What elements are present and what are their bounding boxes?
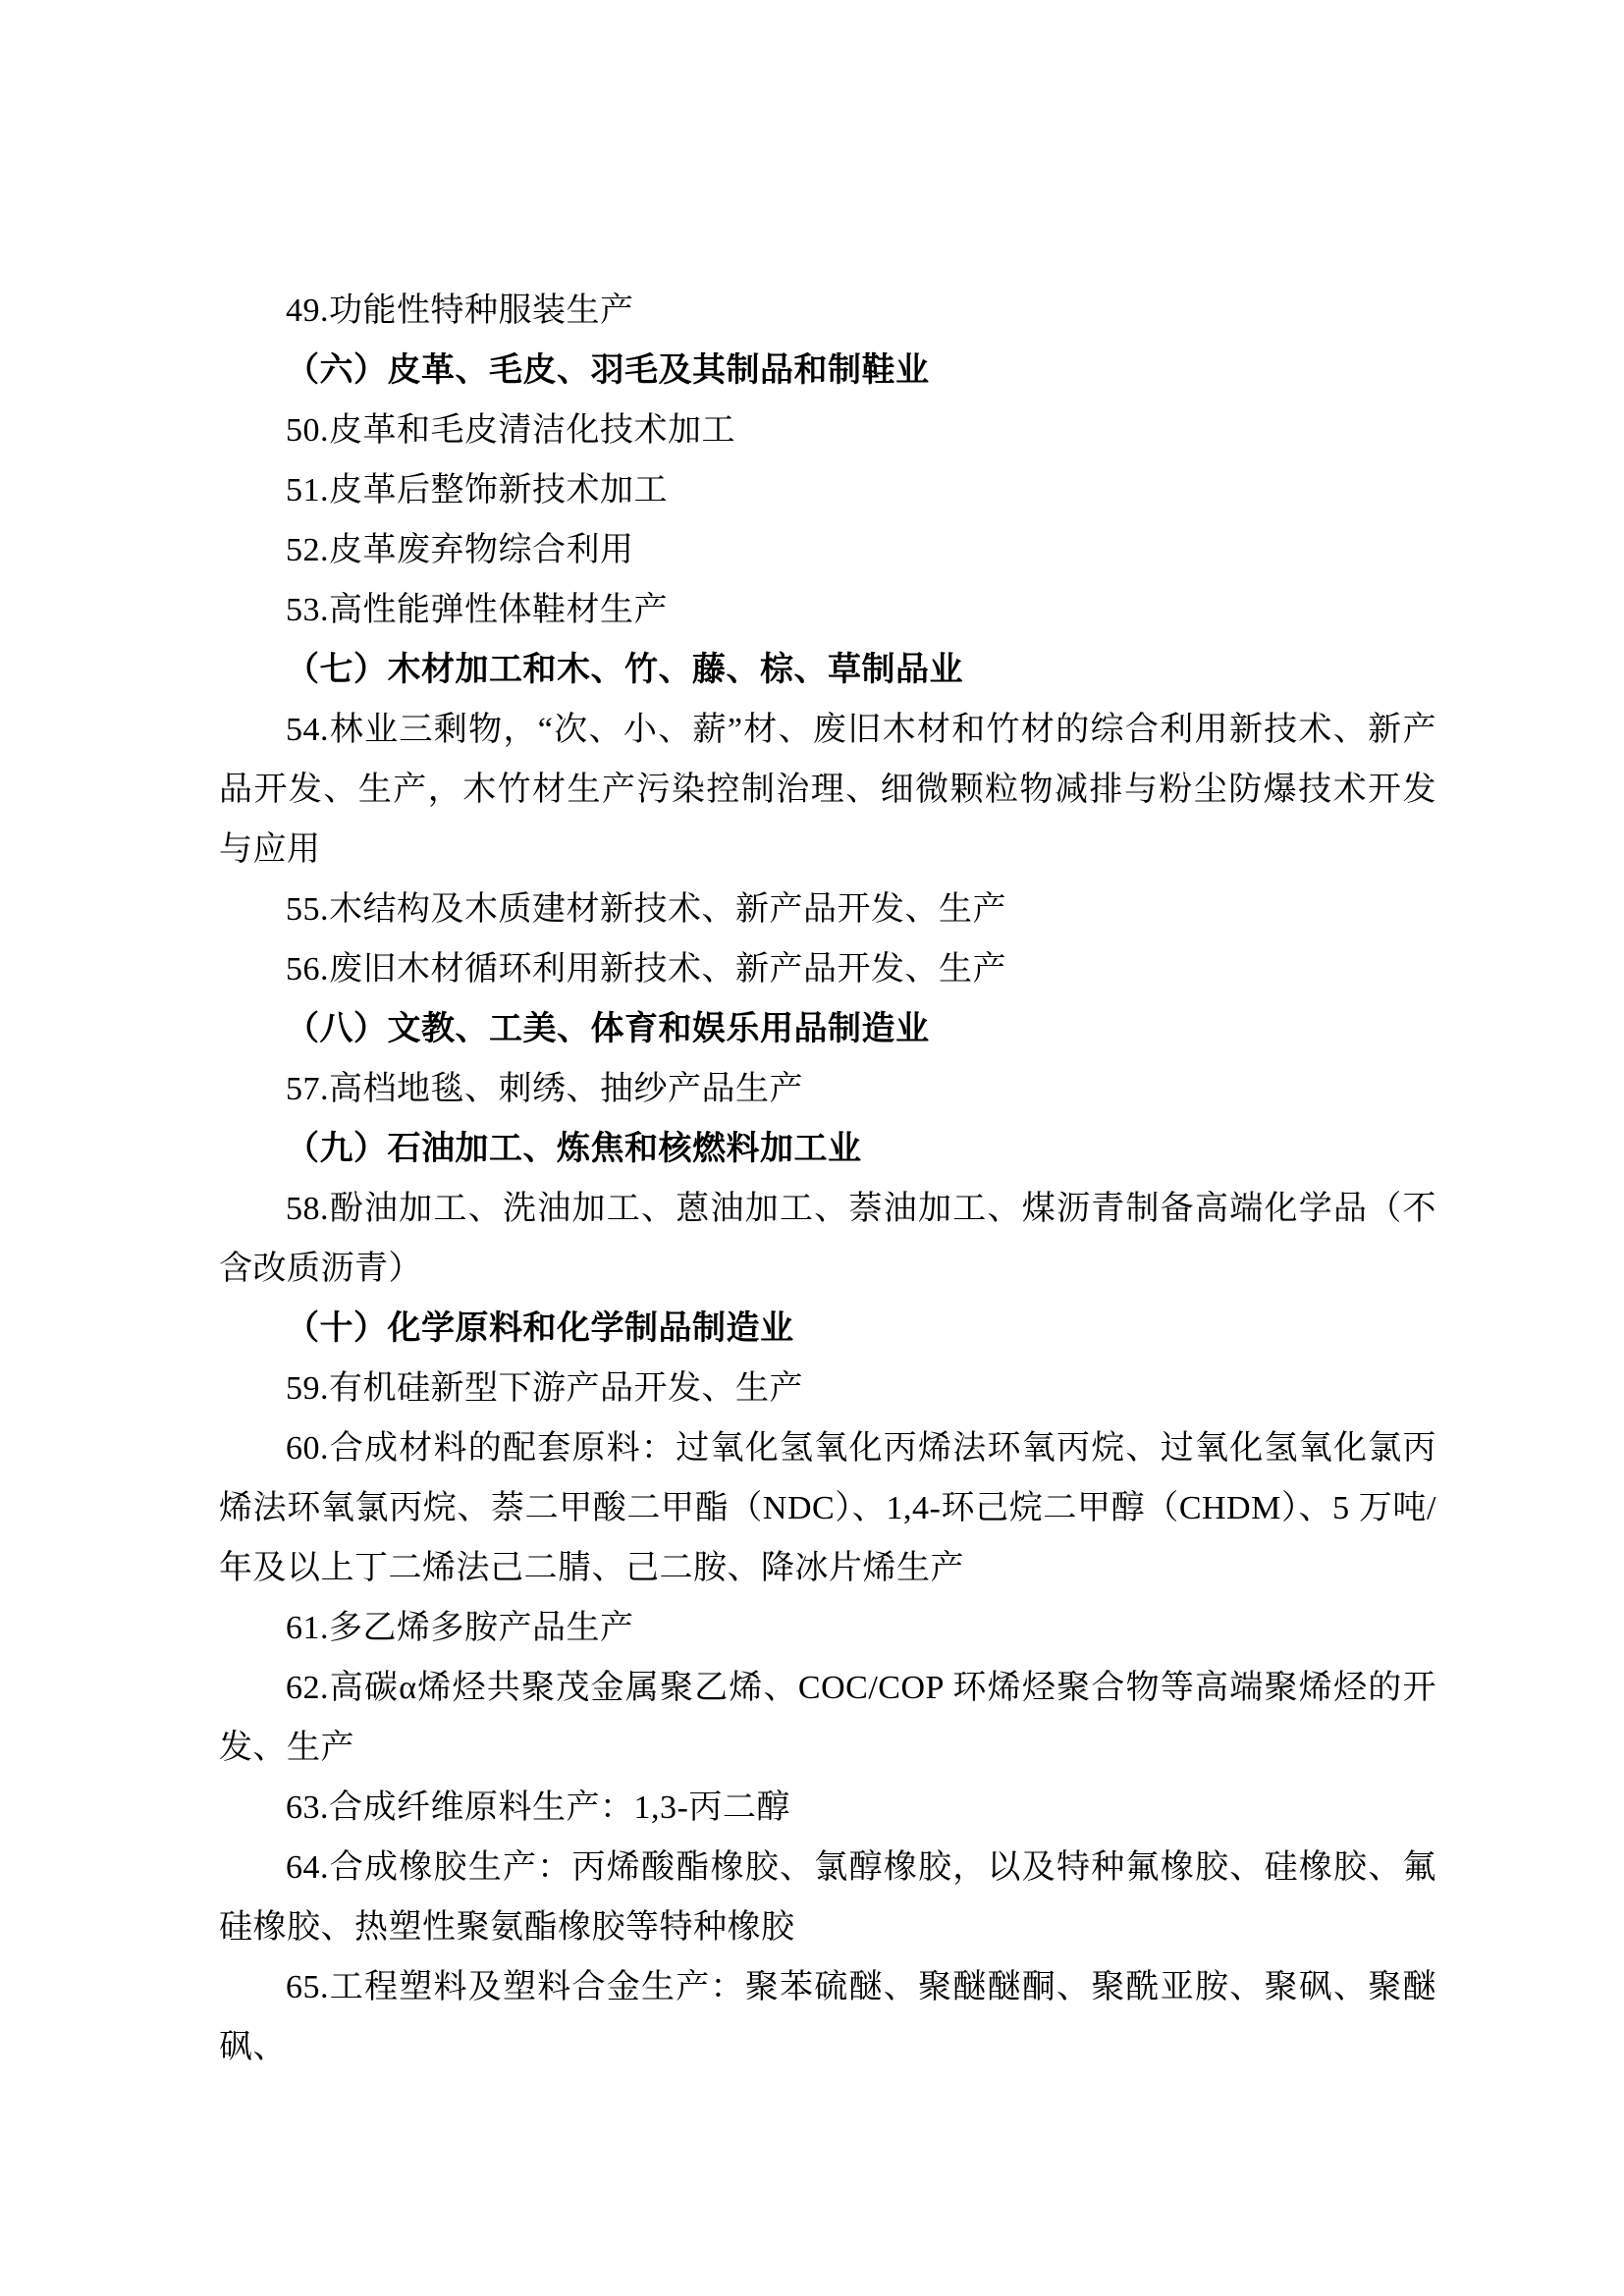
list-item-paragraph: 49.功能性特种服装生产 — [219, 281, 1436, 341]
section-heading: （八）文教、工美、体育和娱乐用品制造业 — [219, 999, 1436, 1059]
list-item-paragraph: 55.木结构及木质建材新技术、新产品开发、生产 — [219, 880, 1436, 939]
section-heading: （六）皮革、毛皮、羽毛及其制品和制鞋业 — [219, 341, 1436, 400]
section-heading: （九）石油加工、炼焦和核燃料加工业 — [219, 1119, 1436, 1179]
list-item-paragraph: 51.皮革后整饰新技术加工 — [219, 460, 1436, 520]
list-item-paragraph: 57.高档地毯、刺绣、抽纱产品生产 — [219, 1059, 1436, 1119]
document-content: 49.功能性特种服装生产（六）皮革、毛皮、羽毛及其制品和制鞋业50.皮革和毛皮清… — [219, 281, 1436, 2077]
list-item-paragraph: 53.高性能弹性体鞋材生产 — [219, 580, 1436, 640]
list-item-paragraph: 56.废旧木材循环利用新技术、新产品开发、生产 — [219, 939, 1436, 999]
list-item-paragraph: 65.工程塑料及塑料合金生产：聚苯硫醚、聚醚醚酮、聚酰亚胺、聚砜、聚醚砜、 — [219, 1957, 1436, 2077]
section-heading: （十）化学原料和化学制品制造业 — [219, 1299, 1436, 1359]
list-item-paragraph: 50.皮革和毛皮清洁化技术加工 — [219, 400, 1436, 460]
list-item-paragraph: 52.皮革废弃物综合利用 — [219, 520, 1436, 580]
section-heading: （七）木材加工和木、竹、藤、棕、草制品业 — [219, 640, 1436, 700]
list-item-paragraph: 62.高碳α烯烃共聚茂金属聚乙烯、COC/COP 环烯烃聚合物等高端聚烯烃的开发… — [219, 1658, 1436, 1778]
list-item-paragraph: 59.有机硅新型下游产品开发、生产 — [219, 1359, 1436, 1418]
list-item-paragraph: 60.合成材料的配套原料：过氧化氢氧化丙烯法环氧丙烷、过氧化氢氧化氯丙烯法环氧氯… — [219, 1418, 1436, 1598]
list-item-paragraph: 58.酚油加工、洗油加工、蒽油加工、萘油加工、煤沥青制备高端化学品（不含改质沥青… — [219, 1179, 1436, 1299]
list-item-paragraph: 61.多乙烯多胺产品生产 — [219, 1598, 1436, 1658]
list-item-paragraph: 54.林业三剩物，“次、小、薪”材、废旧木材和竹材的综合利用新技术、新产品开发、… — [219, 700, 1436, 880]
list-item-paragraph: 63.合成纤维原料生产：1,3-丙二醇 — [219, 1778, 1436, 1838]
list-item-paragraph: 64.合成橡胶生产：丙烯酸酯橡胶、氯醇橡胶，以及特种氟橡胶、硅橡胶、氟硅橡胶、热… — [219, 1838, 1436, 1957]
document-page: 49.功能性特种服装生产（六）皮革、毛皮、羽毛及其制品和制鞋业50.皮革和毛皮清… — [0, 0, 1624, 2296]
